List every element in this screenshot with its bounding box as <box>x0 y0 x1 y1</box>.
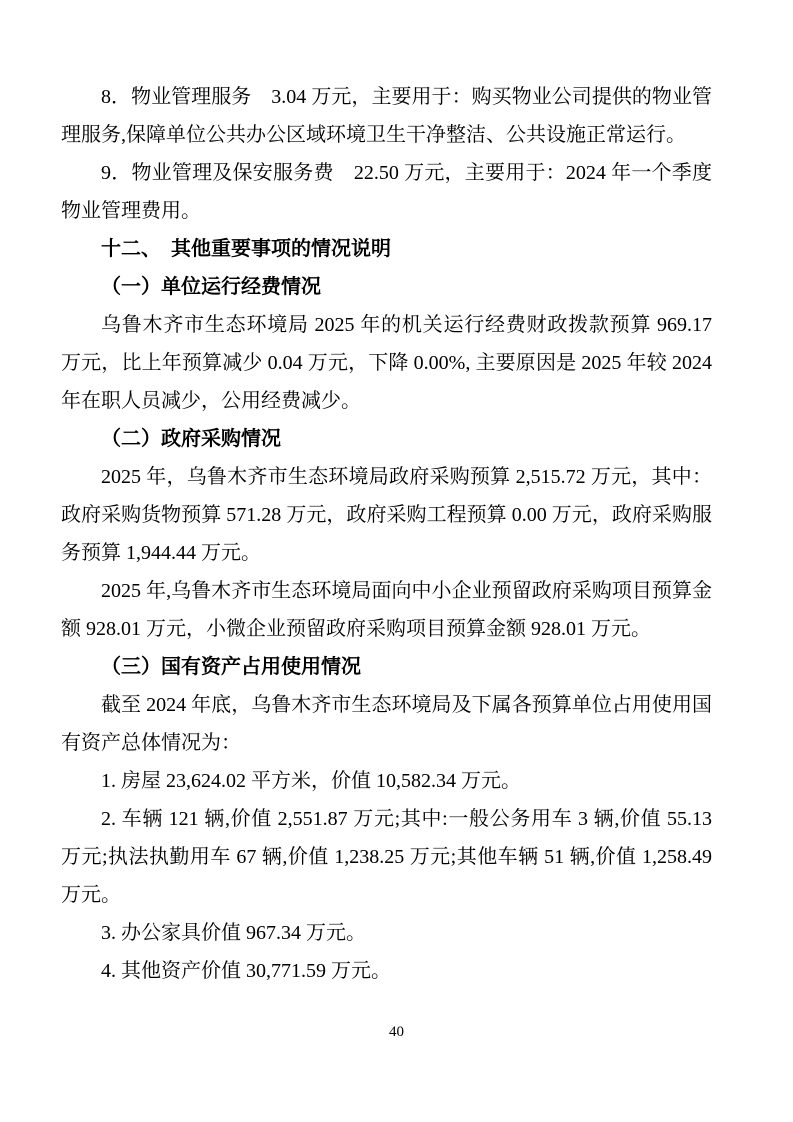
para-asset-vehicles: 2. 车辆 121 辆,价值 2,551.87 万元;其中:一般公务用车 3 辆… <box>61 800 712 914</box>
para-8-property-management-service: 8．物业管理服务 3.04 万元，主要用于：购买物业公司提供的物业管理服务,保障… <box>61 78 712 154</box>
para-procurement-budget: 2025 年，乌鲁木齐市生态环境局政府采购预算 2,515.72 万元，其中：政… <box>61 458 712 572</box>
para-asset-other: 4. 其他资产价值 30,771.59 万元。 <box>61 952 712 990</box>
heading-sub-2-government-procurement: （二）政府采购情况 <box>61 420 712 458</box>
page-number: 40 <box>0 1022 793 1042</box>
para-9-property-security-fee: 9．物业管理及保安服务费 22.50 万元，主要用于：2024 年一个季度物业管… <box>61 154 712 230</box>
para-operating-expense-detail: 乌鲁木齐市生态环境局 2025 年的机关运行经费财政拨款预算 969.17 万元… <box>61 306 712 420</box>
heading-section-12-other-important-matters: 十二、 其他重要事项的情况说明 <box>61 230 712 268</box>
document-page: 8．物业管理服务 3.04 万元，主要用于：购买物业公司提供的物业管理服务,保障… <box>0 0 793 1122</box>
para-asset-housing: 1. 房屋 23,624.02 平方米，价值 10,582.34 万元。 <box>61 762 712 800</box>
para-assets-overview: 截至 2024 年底，乌鲁木齐市生态环境局及下属各预算单位占用使用国有资产总体情… <box>61 686 712 762</box>
heading-sub-3-state-owned-assets: （三）国有资产占用使用情况 <box>61 648 712 686</box>
para-asset-furniture: 3. 办公家具价值 967.34 万元。 <box>61 914 712 952</box>
para-sme-reserved-procurement: 2025 年,乌鲁木齐市生态环境局面向中小企业预留政府采购项目预算金额 928.… <box>61 572 712 648</box>
heading-sub-1-unit-operating-expenses: （一）单位运行经费情况 <box>61 268 712 306</box>
document-body: 8．物业管理服务 3.04 万元，主要用于：购买物业公司提供的物业管理服务,保障… <box>61 78 712 990</box>
